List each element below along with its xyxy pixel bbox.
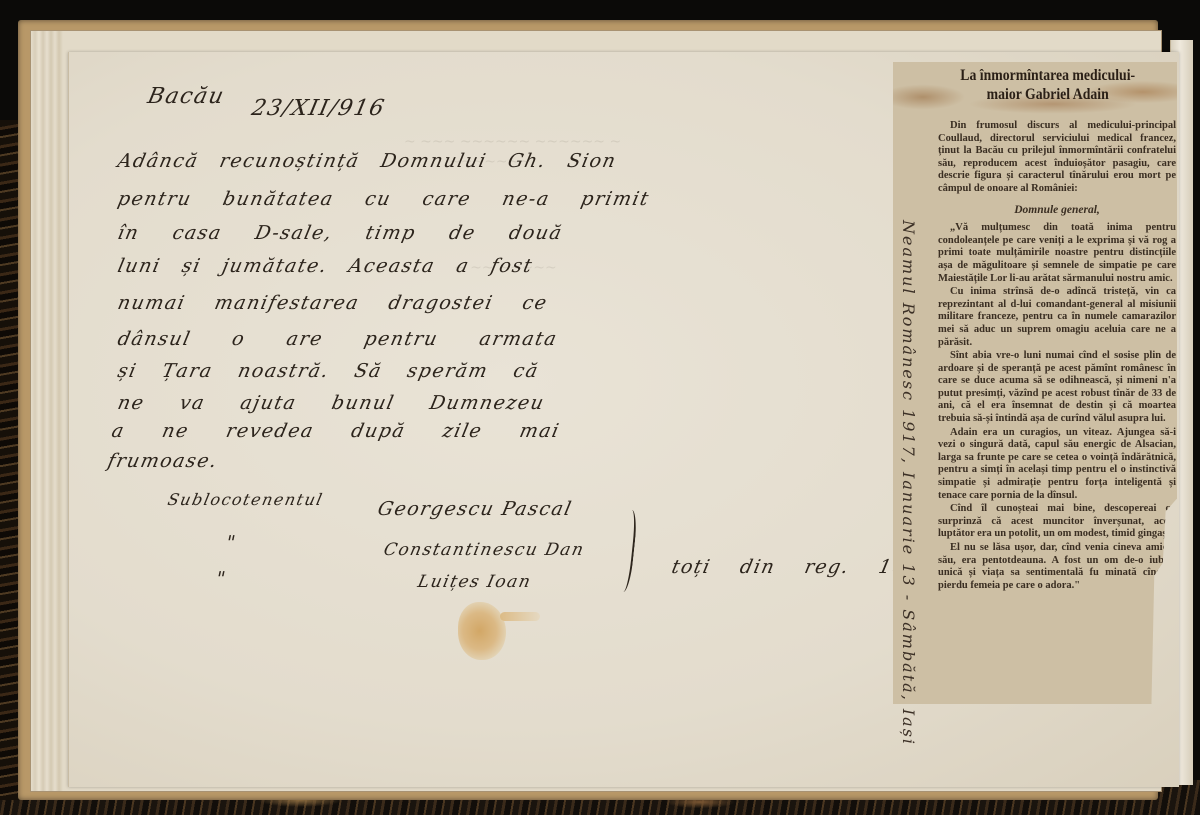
- letter-line: în casa D-sale, timp de două: [116, 222, 565, 244]
- paper-stain: [500, 612, 540, 621]
- clipping-intro: Din frumosul discurs al medicului-princi…: [938, 120, 1176, 196]
- clipping-headline: La înmormîntarea medicului- maior Gabrie…: [923, 66, 1172, 104]
- handwritten-source-note: Neamul Românesc 1917, Ianuarie 13 - Sâmb…: [899, 220, 918, 746]
- bleed-through-text: ~ ~~~ ~~~~~~ ~~~~~~ ~: [404, 134, 621, 150]
- letter-line: a ne revedea după zile mai: [110, 420, 562, 442]
- letter-line: numai manifestarea dragostei ce: [116, 292, 550, 314]
- clipping-headline-line2: maior Gabriel Adain: [923, 85, 1172, 104]
- clipping-body: Din frumosul discurs al medicului-princi…: [938, 120, 1176, 593]
- letter-line: și Țara noastră. Să sperăm că: [116, 360, 541, 382]
- paper-stain: [458, 602, 506, 660]
- clipping-paragraph: El nu se lăsa ușor, dar, cînd venia cine…: [938, 542, 1176, 592]
- signature-rank: Sublocotenentul: [166, 490, 325, 509]
- clipping-paragraph: Sînt abia vre-o luni numai cînd el sosis…: [938, 350, 1176, 426]
- signature-group-note: toți din reg. 10: [670, 556, 909, 578]
- signature-name: Constantinescu Dan: [382, 540, 587, 560]
- clipping-source-annotation: Neamul Românesc 1917, Ianuarie 13 - Sâmb…: [896, 220, 936, 660]
- letter-line: luni și jumătate. Aceasta a fost: [116, 255, 536, 277]
- clipping-paragraph: „Vă mulțumesc din toată inima pentru con…: [938, 222, 1176, 285]
- signature-name: Georgescu Pascal: [376, 498, 575, 520]
- clipping-headline-line1: La înmormîntarea medicului-: [923, 66, 1172, 85]
- letter-date: 23/XII/916: [249, 96, 387, 121]
- letter-line: pentru bunătatea cu care ne-a primit: [116, 188, 652, 210]
- letter-place: Bacău: [145, 84, 227, 109]
- letter-line: ne va ajuta bunul Dumnezeu: [116, 392, 547, 414]
- signature-name: Luițes Ioan: [416, 572, 533, 592]
- clipping-paragraph: Cu inima strînsă de-o adîncă tristeță, v…: [938, 286, 1176, 349]
- letter-line: dânsul o are pentru armata: [116, 328, 560, 350]
- letter-line: Adâncă recunoștință Domnului Gh. Sion: [116, 150, 619, 172]
- letter-line: frumoase.: [106, 450, 220, 472]
- clipping-paragraph: Cînd îl cunoșteai mai bine, descopereai …: [938, 503, 1176, 541]
- clipping-salutation: Domnule general,: [938, 204, 1176, 217]
- clipping-paragraph: Adain era un curagios, un viteaz. Ajunge…: [938, 427, 1176, 503]
